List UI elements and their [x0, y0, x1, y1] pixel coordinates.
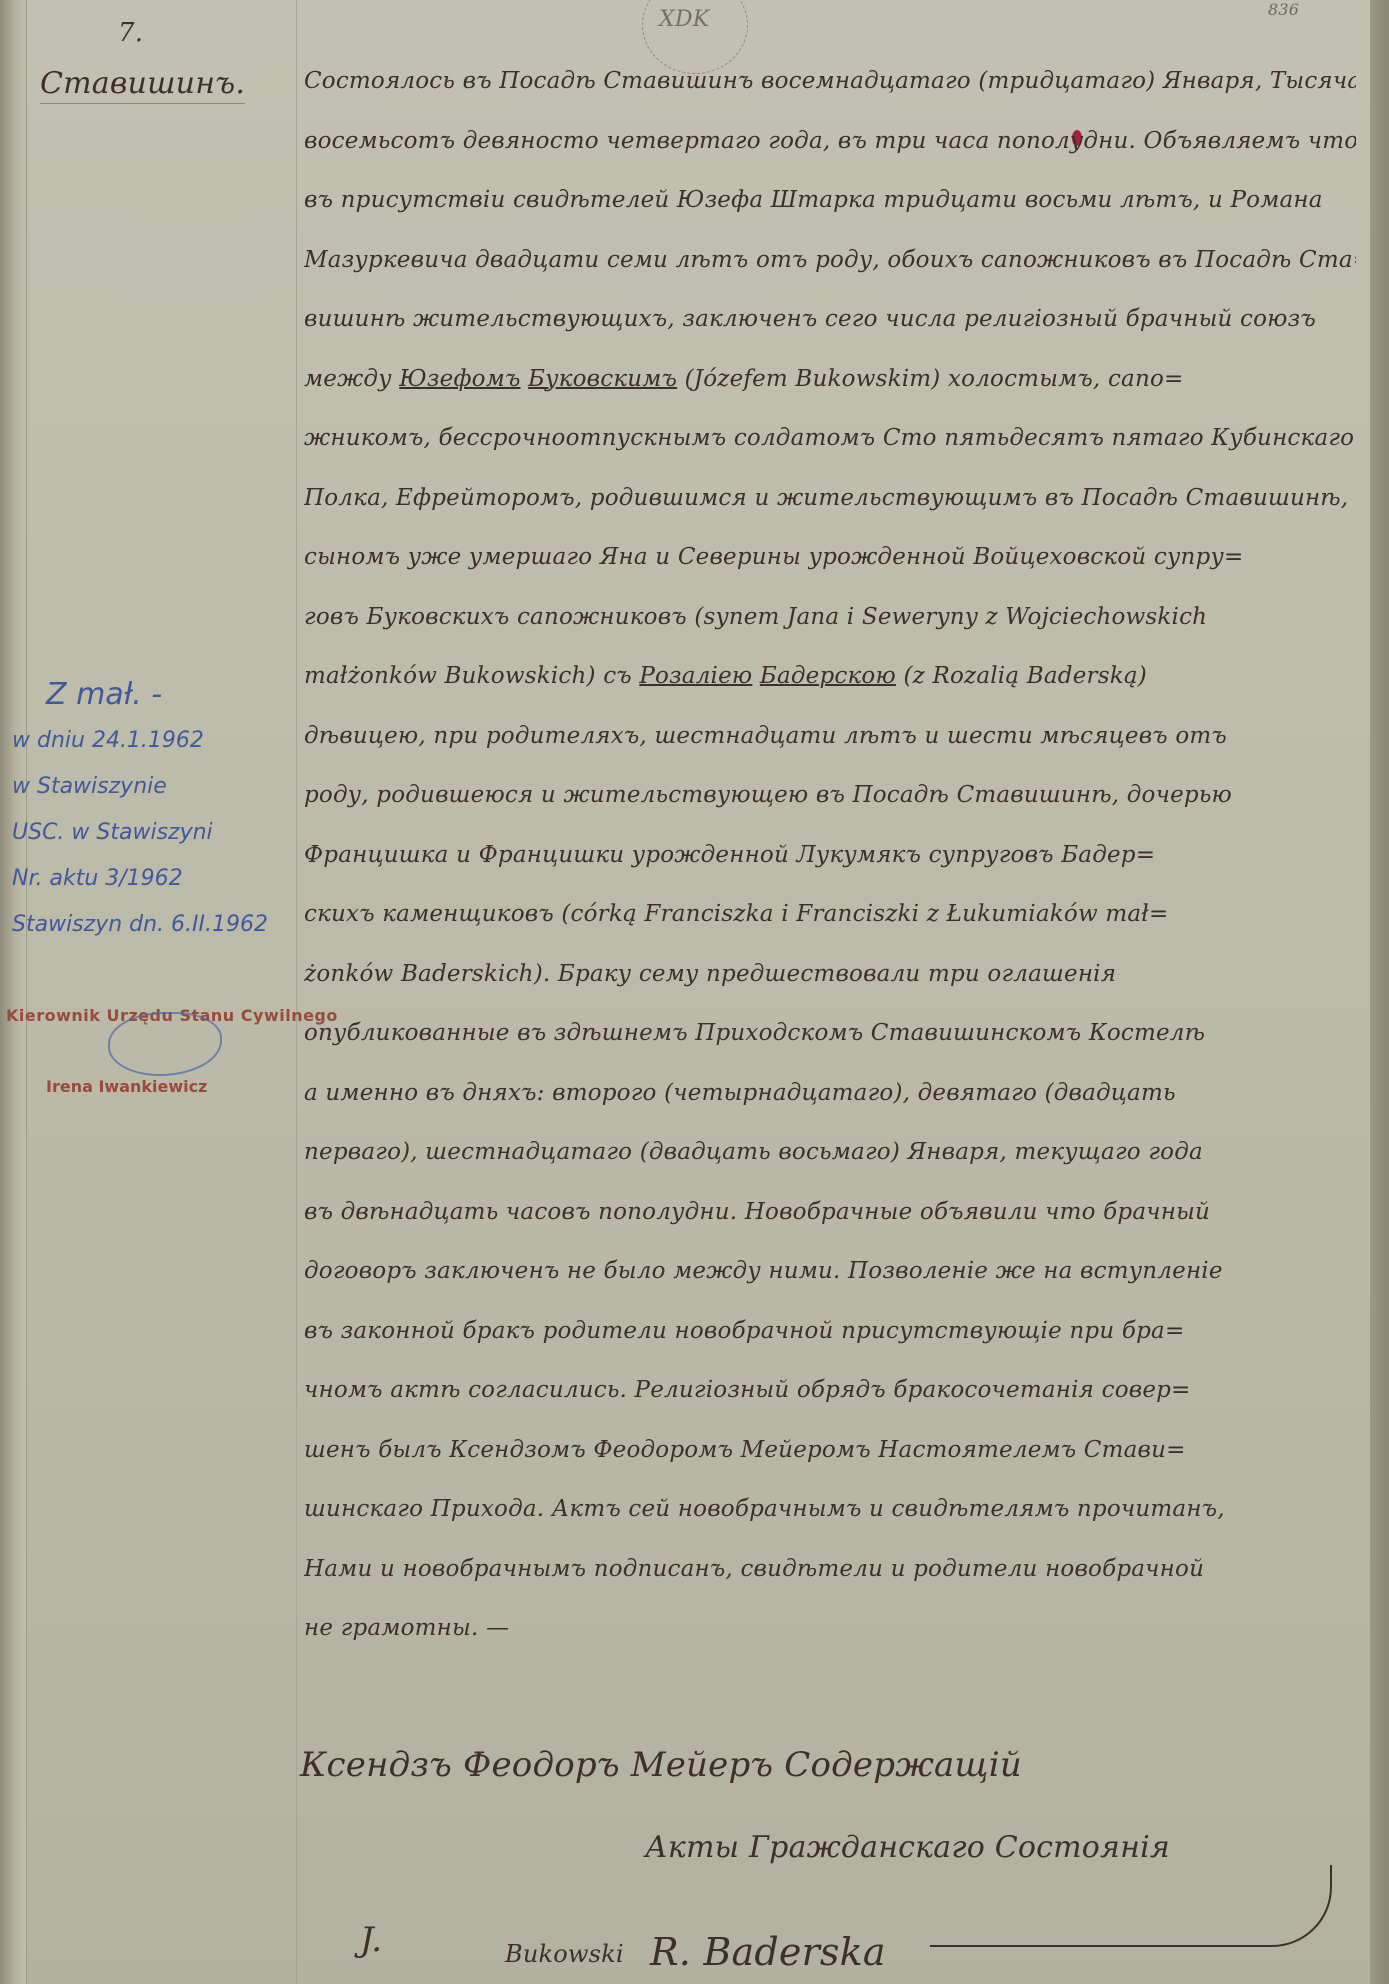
record-line: шинскаго Прихода. Актъ сей новобрачнымъ … — [304, 1480, 1356, 1540]
priest-signature-line1: Ксендзъ Феодоръ Мейеръ Содержащій — [300, 1745, 1022, 1785]
record-line: въ двѣнадцать часовъ пополудни. Новобрач… — [304, 1183, 1356, 1243]
page-number: 836 — [1268, 0, 1299, 19]
line-text: шенъ былъ Ксендзомъ Феодоромъ Мейеромъ Н… — [304, 1437, 1186, 1463]
margin-rule — [296, 0, 297, 1984]
record-line: восемьсотъ девяносто четвертаго года, въ… — [304, 112, 1356, 172]
underlined-name: Розаліею — [639, 663, 752, 689]
line-text: перваго), шестнадцатаго (двадцать восьма… — [304, 1139, 1203, 1165]
record-line: Состоялось въ Посадѣ Ставишинъ восемнадц… — [304, 52, 1356, 112]
line-text — [521, 366, 529, 392]
underlined-name: Буковскимъ — [528, 366, 677, 392]
line-text: małżonków Bukowskich) съ — [304, 663, 639, 689]
margin-annotation: Z mał. - w dniu 24.1.1962 w Stawiszynie … — [12, 672, 297, 948]
line-text: Полка, Ефрейторомъ, родившимся и жительс… — [304, 485, 1348, 511]
record-line: małżonków Bukowskich) съ Розаліею Бадерс… — [304, 647, 1356, 707]
record-line: żonków Baderskich). Браку сему предшеств… — [304, 945, 1356, 1005]
line-text: Францишка и Францишки урожденной Лукумяк… — [304, 842, 1155, 868]
record-line: жникомъ, бессрочноотпускнымъ солдатомъ С… — [304, 409, 1356, 469]
line-text: (z Rozalią Baderską) — [896, 663, 1147, 689]
line-text: въ присутствіи свидѣтелей Юзефа Штарка т… — [304, 187, 1323, 213]
record-number: 7. — [118, 18, 143, 48]
book-spine — [0, 0, 27, 1984]
record-line: роду, родившеюся и жительствующею въ Пос… — [304, 766, 1356, 826]
annotation-line: w Stawiszynie — [12, 764, 297, 810]
annotation-line: w dniu 24.1.1962 — [12, 718, 297, 764]
line-text: (Józefem Bukowskim) холостымъ, сапо= — [677, 366, 1183, 392]
registrar-signature — [108, 1012, 222, 1076]
groom-initial: J. — [360, 1920, 382, 1960]
record-line: опубликованные въ здѣшнемъ Приходскомъ С… — [304, 1004, 1356, 1064]
annotation-line: Z mał. - — [12, 672, 297, 718]
record-line: дѣвицею, при родителяхъ, шестнадцати лѣт… — [304, 707, 1356, 767]
bride-signature: R. Baderska — [650, 1930, 886, 1974]
line-text: вишинѣ жительствующихъ, заключенъ сего ч… — [304, 306, 1316, 332]
record-line: Полка, Ефрейторомъ, родившимся и жительс… — [304, 469, 1356, 529]
record-line: не грамотны. — — [304, 1599, 1356, 1659]
line-text: дѣвицею, при родителяхъ, шестнадцати лѣт… — [304, 723, 1227, 749]
record-line: перваго), шестнадцатаго (двадцать восьма… — [304, 1123, 1356, 1183]
line-text: Состоялось въ Посадѣ Ставишинъ восемнадц… — [304, 68, 1356, 94]
annotation-line: Nr. aktu 3/1962 — [12, 856, 297, 902]
annotation-line: Stawiszyn dn. 6.II.1962 — [12, 902, 297, 948]
line-text: договоръ заключенъ не было между ними. П… — [304, 1258, 1223, 1284]
record-line: между Юзефомъ Буковскимъ (Józefem Bukows… — [304, 350, 1356, 410]
record-line: въ законной бракъ родители новобрачной п… — [304, 1302, 1356, 1362]
line-text: Нами и новобрачнымъ подписанъ, свидѣтели… — [304, 1556, 1204, 1582]
groom-signature: Bukowski — [505, 1940, 624, 1968]
line-text: восемьсотъ девяносто четвертаго года, въ… — [304, 128, 1356, 154]
record-line: вишинѣ жительствующихъ, заключенъ сего ч… — [304, 290, 1356, 350]
record-line: скихъ каменщиковъ (córką Franciszka i Fr… — [304, 885, 1356, 945]
line-text: не грамотны. — — [304, 1615, 509, 1641]
line-text: чномъ актѣ согласились. Религіозный обря… — [304, 1377, 1191, 1403]
line-text: żonków Baderskich). Браку сему предшеств… — [304, 961, 1116, 987]
record-line: въ присутствіи свидѣтелей Юзефа Штарка т… — [304, 171, 1356, 231]
record-line: шенъ былъ Ксендзомъ Феодоромъ Мейеромъ Н… — [304, 1421, 1356, 1481]
line-text: шинскаго Прихода. Актъ сей новобрачнымъ … — [304, 1496, 1225, 1522]
priest-signature-line2: Акты Гражданскаго Состоянія — [645, 1830, 1170, 1865]
line-text: а именно въ дняхъ: второго (четырнадцата… — [304, 1080, 1176, 1106]
underlined-name: Бадерскою — [760, 663, 896, 689]
adjacent-page-edge — [1370, 0, 1389, 1984]
line-text: опубликованные въ здѣшнемъ Приходскомъ С… — [304, 1020, 1205, 1046]
record-line: Мазуркевича двадцати семи лѣтъ отъ роду,… — [304, 231, 1356, 291]
record-line: Нами и новобрачнымъ подписанъ, свидѣтели… — [304, 1540, 1356, 1600]
annotation-line: USC. w Stawiszyni — [12, 810, 297, 856]
line-text: сыномъ уже умершаго Яна и Северины урожд… — [304, 544, 1243, 570]
line-text: скихъ каменщиковъ (córką Franciszka i Fr… — [304, 901, 1168, 927]
record-line: а именно въ дняхъ: второго (четырнадцата… — [304, 1064, 1356, 1124]
record-body: Состоялось въ Посадѣ Ставишинъ восемнадц… — [304, 52, 1356, 1659]
line-text — [752, 663, 760, 689]
line-text: въ двѣнадцать часовъ пополудни. Новобрач… — [304, 1199, 1210, 1225]
record-line: чномъ актѣ согласились. Религіозный обря… — [304, 1361, 1356, 1421]
line-text: въ законной бракъ родители новобрачной п… — [304, 1318, 1184, 1344]
line-text: между — [304, 366, 399, 392]
place-heading: Ставишинъ. — [40, 66, 245, 104]
signature-flourish — [930, 1865, 1332, 1947]
seal-text: XDK — [659, 7, 709, 32]
record-line: Францишка и Францишки урожденной Лукумяк… — [304, 826, 1356, 886]
line-text: роду, родившеюся и жительствующею въ Пос… — [304, 782, 1232, 808]
record-line: говъ Буковскихъ сапожниковъ (synem Jana … — [304, 588, 1356, 648]
registrar-stamp-name: Irena Iwankiewicz — [46, 1077, 207, 1096]
document-page: 836 XDK 7. Ставишинъ. Состоялось въ Поса… — [0, 0, 1370, 1984]
record-line: сыномъ уже умершаго Яна и Северины урожд… — [304, 528, 1356, 588]
record-line: договоръ заключенъ не было между ними. П… — [304, 1242, 1356, 1302]
line-text: жникомъ, бессрочноотпускнымъ солдатомъ С… — [304, 425, 1354, 451]
line-text: говъ Буковскихъ сапожниковъ (synem Jana … — [304, 604, 1207, 630]
underlined-name: Юзефомъ — [399, 366, 520, 392]
line-text: Мазуркевича двадцати семи лѣтъ отъ роду,… — [304, 247, 1356, 273]
